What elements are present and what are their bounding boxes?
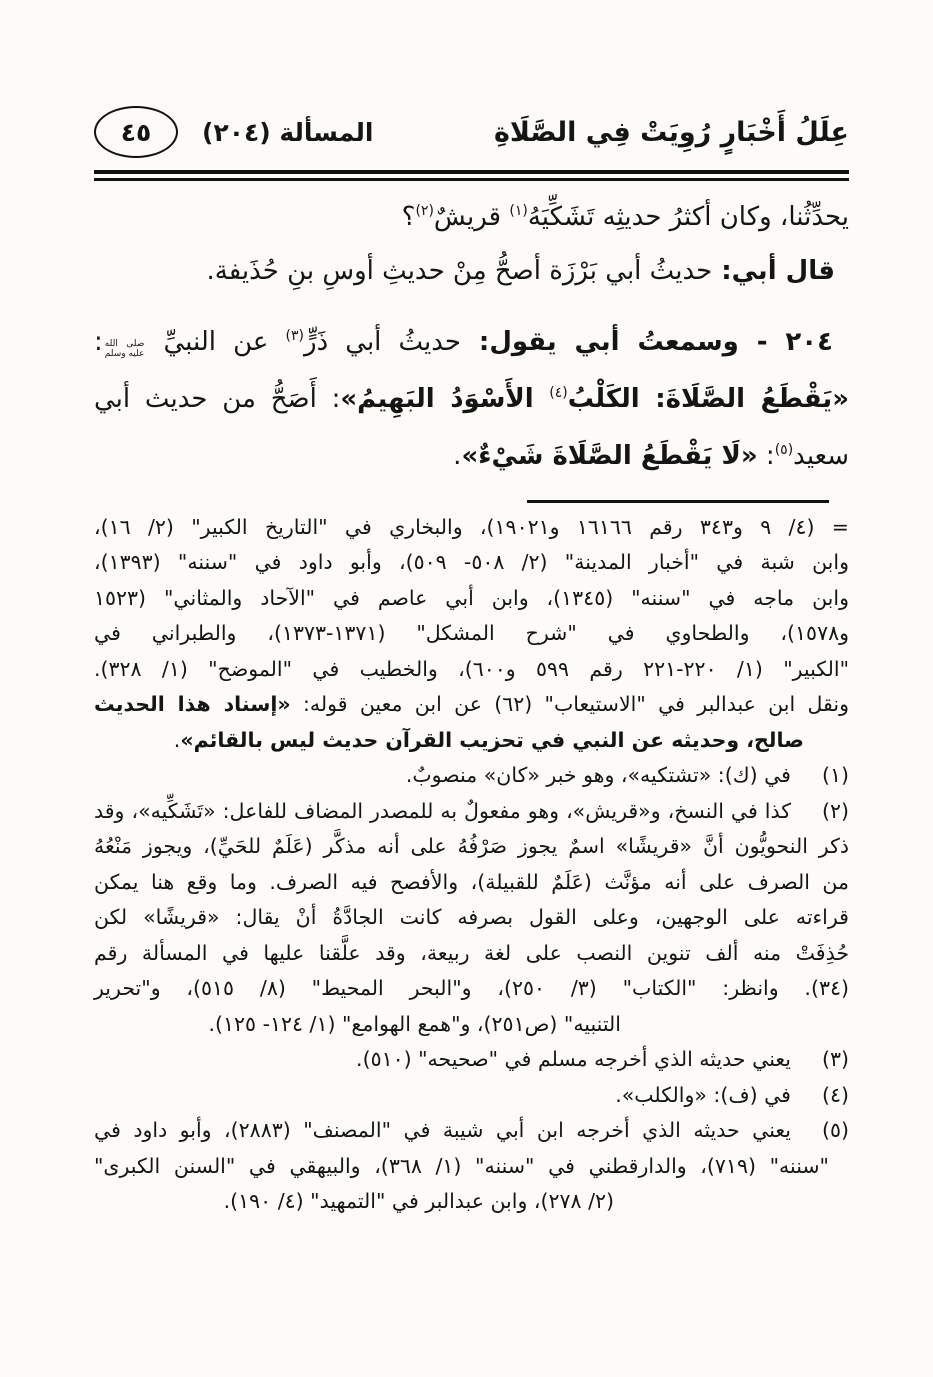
footnote-line: وابن ماجه في "سننه" (١٣٤٥)، وابن أبي عاص… — [94, 581, 849, 617]
text-segment: من الصرف على أنه مؤنَّث (عَلَمٌ للقبيلة)… — [94, 870, 849, 894]
header-rule-thick — [94, 170, 849, 174]
text-segment: ٢٠٤ - وسمعتُ أبي يقول: — [461, 327, 833, 357]
footnote-ref: (٣) — [286, 328, 304, 344]
page-number-oval: ٤٥ — [94, 106, 178, 158]
text-segment: ونقل ابن عبدالبر في "الاستيعاب" (٦٢) عن … — [291, 692, 849, 716]
footnote-ref: (٢) — [415, 203, 433, 219]
saw-honorific-icon: صلى اللهعليه وسلم — [105, 339, 145, 359]
body-line: قال أبي: حديثُ أبي بَرْزَة أصحُّ مِنْ حد… — [94, 243, 849, 300]
footnote-line: (١)في (ك): «تشتكيه»، وهو خبر «كان» منصوب… — [94, 758, 849, 794]
footnote-line: "الكبير" (١/ ٢٢٠-٢٢١ رقم ٥٩٩ و٦٠٠)، والخ… — [94, 652, 849, 688]
text-segment: "الكبير" (١/ ٢٢٠-٢٢١ رقم ٥٩٩ و٦٠٠)، والخ… — [94, 657, 849, 681]
text-segment: حديثُ أبي ذَرٍّ — [304, 327, 461, 357]
footnote-line: ونقل ابن عبدالبر في "الاستيعاب" (٦٢) عن … — [94, 687, 849, 723]
header-left-group: المسألة (٢٠٤) ٤٥ — [94, 106, 373, 158]
footnote-line: حُذِفَتْ منه ألف تنوين النصب على لغة ربي… — [94, 936, 849, 972]
footnote-ref: (١) — [509, 203, 527, 219]
book-title: عِلَلُ أَخْبَارٍ رُوِيَتْ فِي الصَّلَاةِ — [494, 117, 849, 148]
footnote-line: صالح، وحديثه عن النبي في تحزيب القرآن حد… — [94, 723, 849, 759]
footnote-marker: (٤) — [803, 1078, 849, 1114]
text-segment: «لَا يَقْطَعُ الصَّلَاةَ شَيْءٌ» — [461, 441, 757, 471]
text-segment: وابن ماجه في "سننه" (١٣٤٥)، وابن أبي عاص… — [94, 586, 849, 610]
text-segment: : أَصَحُّ من حديث أبي — [94, 384, 340, 414]
body-line: «يَقْطَعُ الصَّلَاةَ: الكَلْبُ(٤) الأَسْ… — [94, 365, 849, 422]
footnote-line: وابن شبة في "أخبار المدينة" (٢/ ٥٠٨- ٥٠٩… — [94, 545, 849, 581]
body-line: ٢٠٤ - وسمعتُ أبي يقول: حديثُ أبي ذَرٍّ(٣… — [94, 308, 849, 365]
text-segment: «إسناد هذا الحديث — [94, 692, 291, 716]
footnote-line: قراءته على الوجهين، وعلى القول بصرفه كان… — [94, 900, 849, 936]
footnote-ref: (٤) — [549, 385, 567, 401]
text-segment: التنبيه" (ص٢٥١)، و"همع الهوامع" (١/ ١٢٤-… — [209, 1012, 622, 1036]
footnote-line: و١٥٧٨)، والطحاوي في "شرح المشكل" (١٣٧١-١… — [94, 616, 849, 652]
text-segment: (٣٤). وانظر: "الكتاب" (٣/ ٢٥٠)، و"البحر … — [94, 976, 849, 1000]
text-segment: ذكر النحويُّون أنَّ «قريشًا» اسمٌ يجوز ص… — [94, 834, 849, 858]
footnote-line: (٢/ ٢٧٨)، وابن عبدالبر في "التمهيد" (٤/ … — [94, 1184, 849, 1220]
text-segment: صالح، وحديثه عن النبي في تحزيب القرآن حد… — [180, 728, 804, 752]
text-segment: حديثُ أبي بَرْزَة أصحُّ مِنْ حديثِ أوسِ … — [207, 256, 713, 286]
footnote-line: (٣)يعني حديثه الذي أخرجه مسلم في "صحيحه"… — [94, 1042, 849, 1078]
footnote-marker: (٢) — [803, 794, 849, 830]
text-segment: قريشٌ — [434, 202, 509, 232]
text-segment: سعيد — [793, 441, 849, 471]
footnote-marker: (٣) — [803, 1042, 849, 1078]
footnote-line: (٣٤). وانظر: "الكتاب" (٣/ ٢٥٠)، و"البحر … — [94, 971, 849, 1007]
footnote-line: "سننه" (٧١٩)، والدارقطني في "سننه" (١/ ٣… — [94, 1149, 849, 1185]
footnote-line: (٢)كذا في النسخ، و«قريش»، وهو مفعولٌ به … — [94, 794, 849, 830]
text-segment: يعني حديثه الذي أخرجه ابن أبي شيبة في "ا… — [94, 1118, 791, 1142]
page-header: عِلَلُ أَخْبَارٍ رُوِيَتْ فِي الصَّلَاةِ… — [94, 0, 849, 158]
text-segment: حُذِفَتْ منه ألف تنوين النصب على لغة ربي… — [94, 941, 849, 965]
footnote-line: (٤)في (ف): «والكلب». — [94, 1078, 849, 1114]
issue-label: المسألة (٢٠٤) — [202, 118, 373, 147]
main-text: يحدِّثُنا، وكان أكثرُ حديثِه تَشَكِّيَهُ… — [94, 181, 849, 479]
page-content: عِلَلُ أَخْبَارٍ رُوِيَتْ فِي الصَّلَاةِ… — [0, 0, 933, 1220]
text-segment: في (ف): «والكلب». — [615, 1083, 791, 1107]
text-segment: في (ك): «تشتكيه»، وهو خبر «كان» منصوبٌ. — [406, 763, 791, 787]
footnote-line: ذكر النحويُّون أنَّ «قريشًا» اسمٌ يجوز ص… — [94, 829, 849, 865]
text-segment: قال أبي: — [712, 256, 835, 286]
text-segment: يحدِّثُنا، وكان أكثرُ حديثِه تَشَكِّيَهُ — [528, 202, 849, 232]
footnote-marker: (١) — [803, 758, 849, 794]
footnote-line: = (٤/ ٩ و٣٤٣ رقم ١٦١٦٦ و١٩٠٢١)، والبخاري… — [94, 510, 849, 546]
book-page: عِلَلُ أَخْبَارٍ رُوِيَتْ فِي الصَّلَاةِ… — [0, 0, 933, 1377]
text-segment: (٢/ ٢٧٨)، وابن عبدالبر في "التمهيد" (٤/ … — [224, 1189, 614, 1213]
text-segment: "سننه" (٧١٩)، والدارقطني في "سننه" (١/ ٣… — [94, 1154, 829, 1178]
text-segment: وابن شبة في "أخبار المدينة" (٢/ ٥٠٨- ٥٠٩… — [94, 550, 849, 574]
footnote-line: التنبيه" (ص٢٥١)، و"همع الهوامع" (١/ ١٢٤-… — [94, 1007, 849, 1043]
body-line: يحدِّثُنا، وكان أكثرُ حديثِه تَشَكِّيَهُ… — [94, 183, 849, 240]
footnote-marker: (٥) — [803, 1113, 849, 1149]
text-segment: «يَقْطَعُ الصَّلَاةَ: الكَلْبُ — [568, 384, 849, 414]
text-segment: ؟ — [402, 202, 416, 232]
footnotes-block: = (٤/ ٩ و٣٤٣ رقم ١٦١٦٦ و١٩٠٢١)، والبخاري… — [94, 503, 849, 1220]
text-segment: يعني حديثه الذي أخرجه مسلم في "صحيحه" (٥… — [356, 1047, 791, 1071]
text-segment: عن النبيِّ — [146, 327, 285, 357]
text-segment: = (٤/ ٩ و٣٤٣ رقم ١٦١٦٦ و١٩٠٢١)، والبخاري… — [94, 515, 849, 539]
saw-honorific-text: صلى الله — [105, 339, 145, 349]
footnote-ref: (٥) — [775, 442, 793, 458]
page-number: ٤٥ — [121, 118, 152, 147]
footnote-line: (٥)يعني حديثه الذي أخرجه ابن أبي شيبة في… — [94, 1113, 849, 1149]
text-segment: الأَسْوَدُ البَهِيمُ» — [340, 384, 549, 414]
saw-honorific-text: عليه وسلم — [105, 349, 145, 359]
text-segment: : — [758, 441, 775, 471]
text-segment: كذا في النسخ، و«قريش»، وهو مفعولٌ به للم… — [94, 799, 791, 823]
body-line: سعيد(٥): «لَا يَقْطَعُ الصَّلَاةَ شَيْءٌ… — [94, 422, 849, 479]
text-segment: قراءته على الوجهين، وعلى القول بصرفه كان… — [94, 905, 849, 929]
text-segment: و١٥٧٨)، والطحاوي في "شرح المشكل" (١٣٧١-١… — [94, 621, 849, 645]
footnote-line: من الصرف على أنه مؤنَّث (عَلَمٌ للقبيلة)… — [94, 865, 849, 901]
text-segment: : — [94, 327, 103, 357]
